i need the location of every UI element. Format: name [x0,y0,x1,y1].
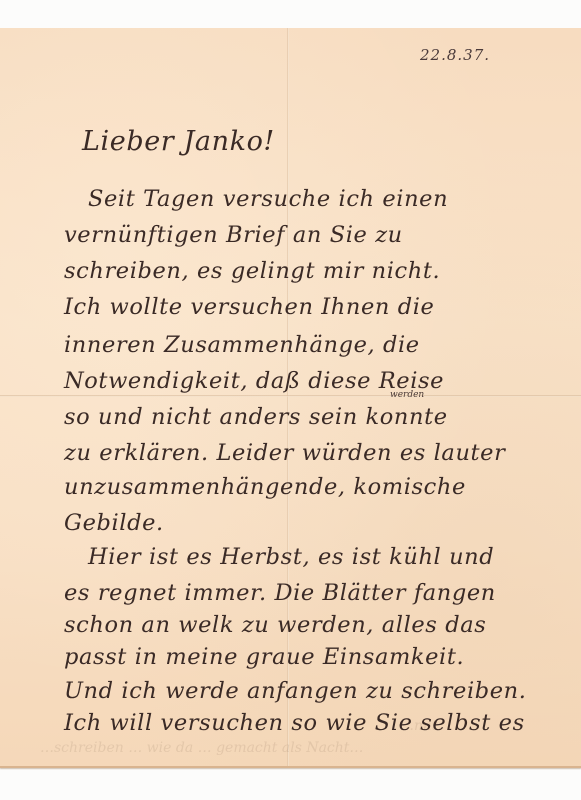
letter-paper: …mit. …schreiben … wie da … gemacht als … [0,28,581,768]
horizontal-fold-line [0,395,581,397]
letter-line: schreiben, es gelingt mir nicht. [64,260,440,283]
letter-line: Seit Tagen versuche ich einen [88,188,448,211]
letter-line: Ich wollte versuchen Ihnen die [64,296,434,319]
letter-line: so und nicht anders sein konnte [64,406,448,429]
letter-line: zu erklären. Leider würden es lauter [64,442,505,465]
letter-line: passt in meine graue Einsamkeit. [64,646,464,669]
letter-line: Und ich werde anfangen zu schreiben. [64,680,527,703]
letter-greeting: Lieber Janko! [82,126,275,157]
letter-line: Gebilde. [64,512,164,535]
letter-line: unzusammenhängende, komische [64,476,466,499]
letter-line: schon an welk zu werden, alles das [64,614,486,637]
letter-line: Notwendigkeit, daß diese Reise [64,370,444,393]
letter-line: Ich will versuchen so wie Sie selbst es [64,712,525,735]
letter-line: vernünftigen Brief an Sie zu [64,224,403,247]
letter-line: es regnet immer. Die Blätter fangen [64,582,496,605]
scanned-page: …mit. …schreiben … wie da … gemacht als … [0,0,581,800]
letter-line: inneren Zusammenhänge, die [64,334,420,357]
inserted-word: werden [390,390,424,400]
letter-line: Hier ist es Herbst, es ist kühl und [88,546,494,569]
bleed-through-text: …schreiben … wie da … gemacht als Nacht… [40,740,363,756]
letter-date: 22.8.37. [420,46,490,64]
